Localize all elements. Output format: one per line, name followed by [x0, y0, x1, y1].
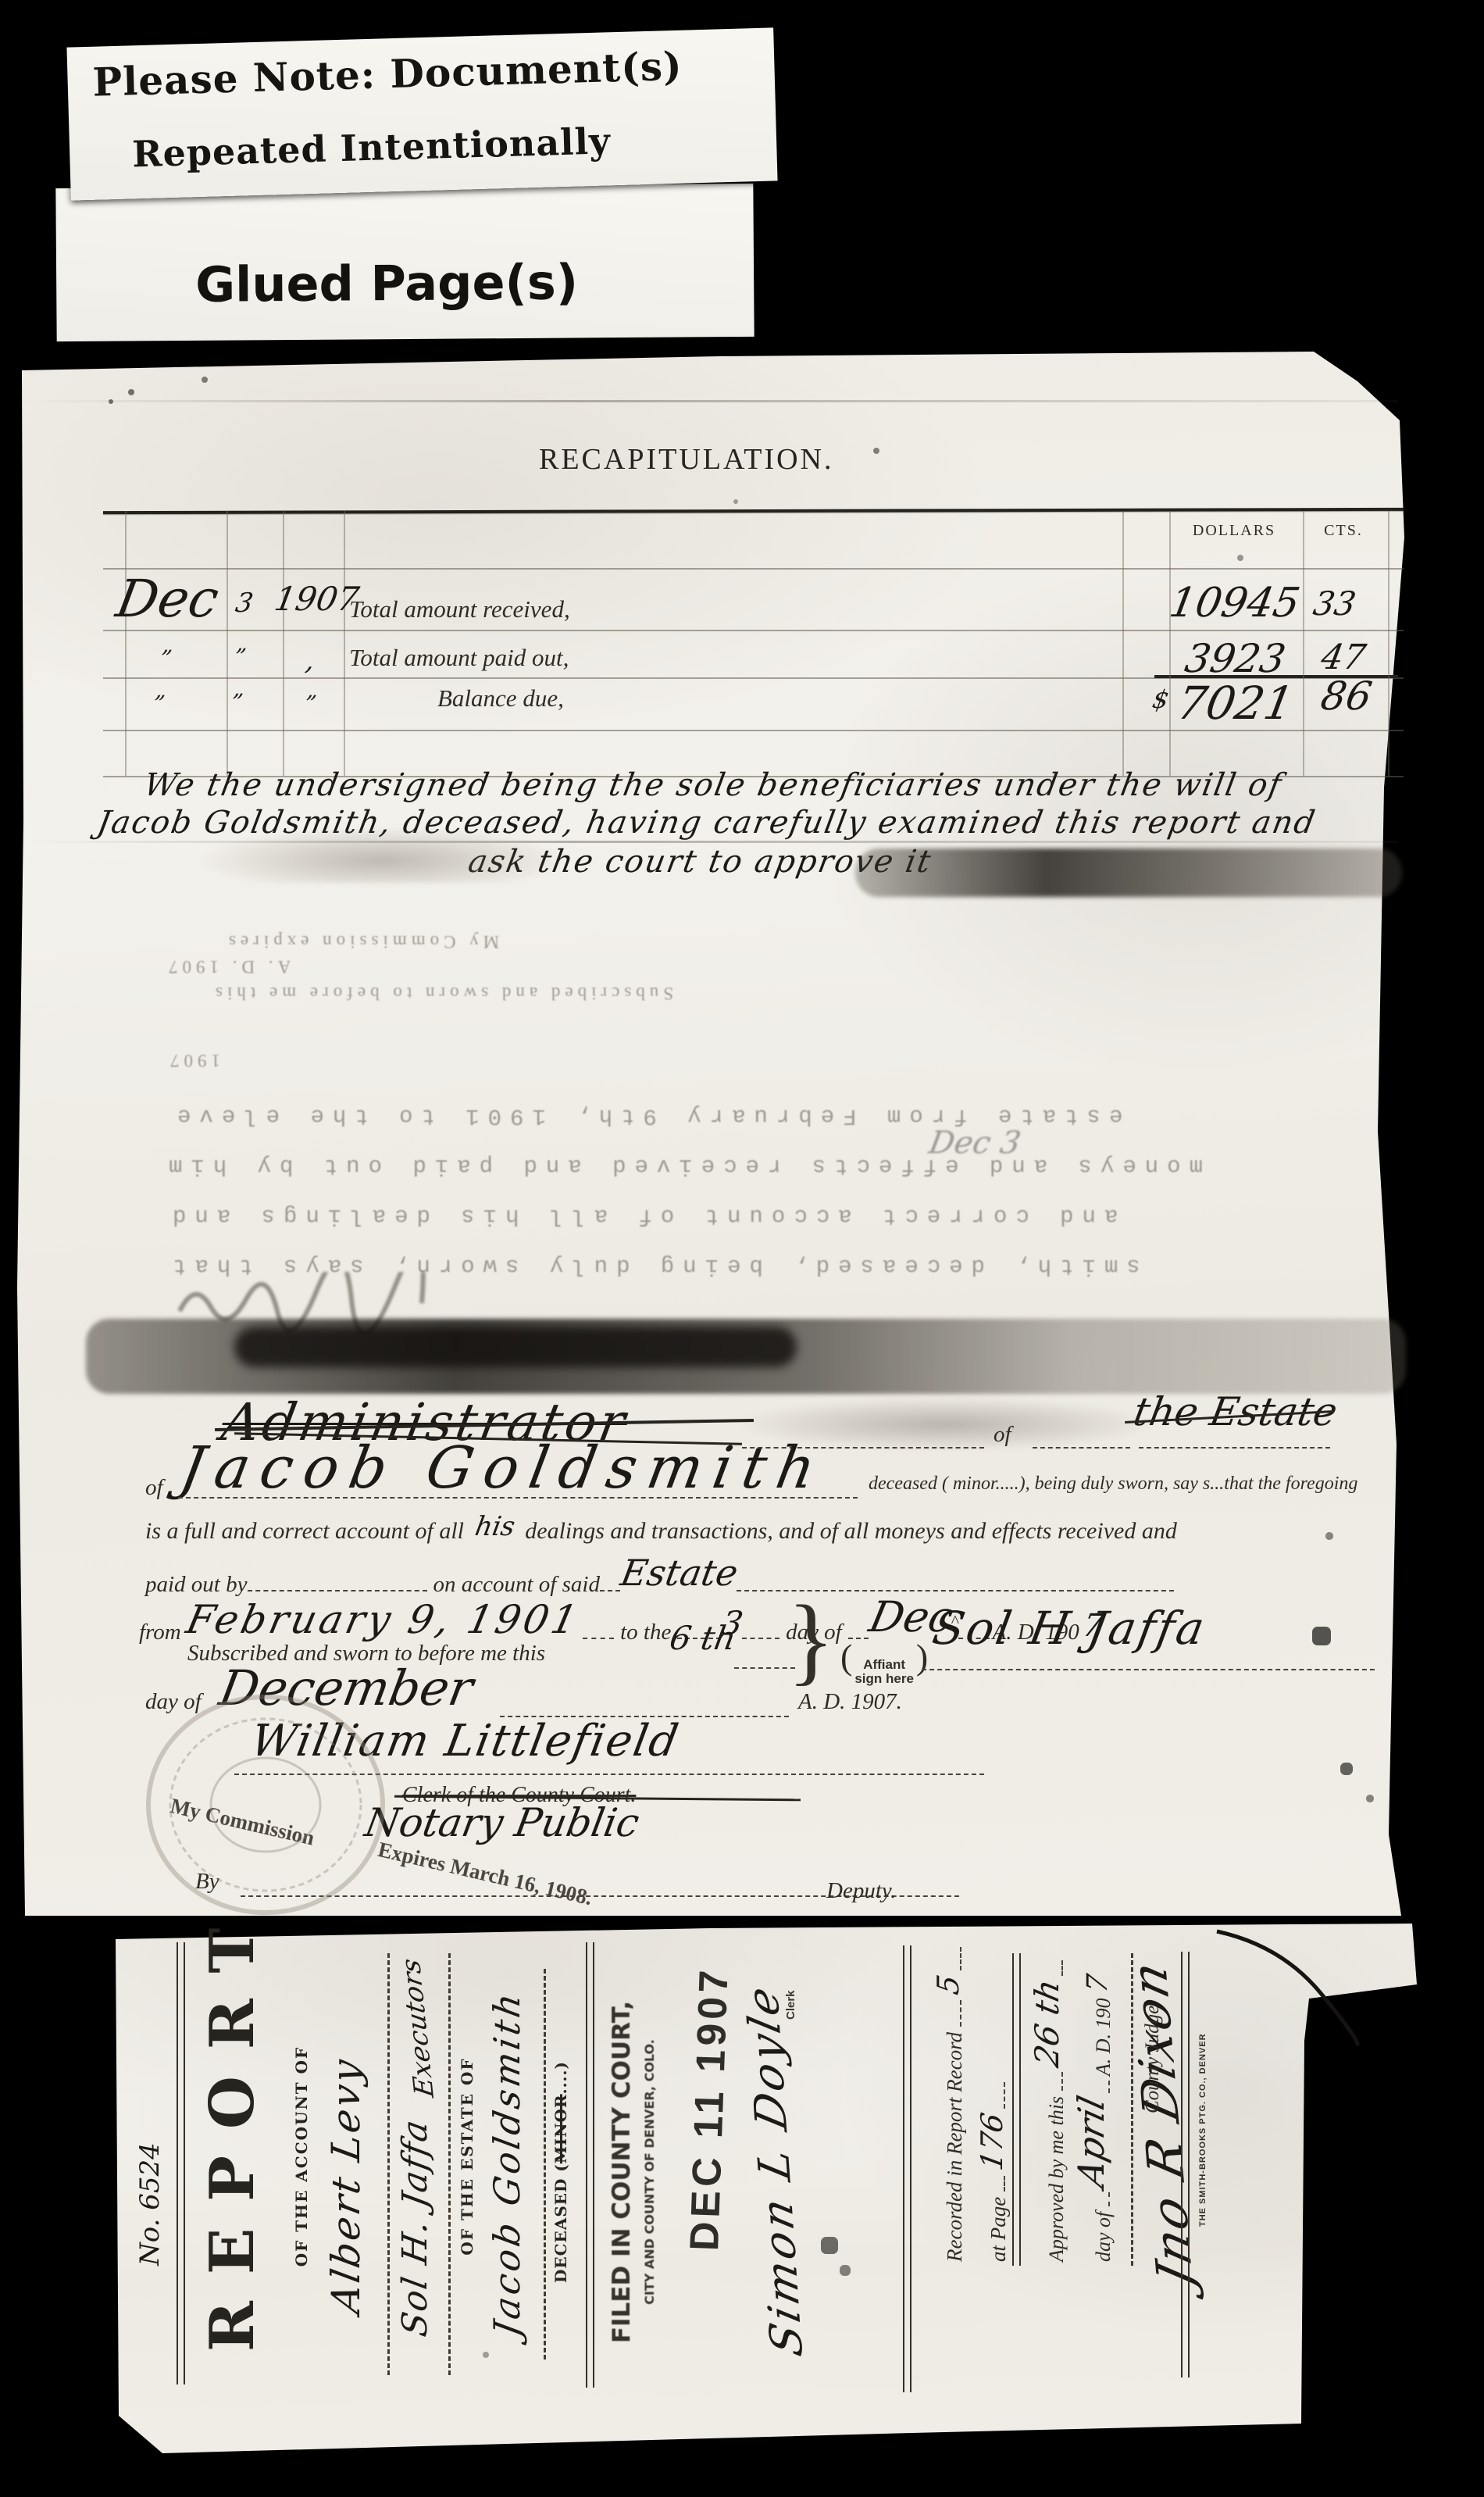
form-dotted-line: [178, 1497, 858, 1499]
form-dotted-line: [1033, 1447, 1130, 1449]
minor-struck: MINOR: [551, 2094, 570, 2163]
case-number: No. 6524: [134, 2086, 166, 2266]
amount-cents: 47: [1318, 638, 1369, 677]
rule-double: [1181, 1952, 1190, 2377]
filed-stamp-line2: CITY AND COUNTY OF DENVER, COLO.: [642, 2000, 657, 2344]
form-dotted-line: [734, 1667, 795, 1669]
report-title: REPORT: [197, 2008, 283, 2352]
executors-word: Executors: [395, 1957, 441, 2099]
ink-smear-band: [855, 848, 1402, 897]
approved-month: April: [1070, 2092, 1112, 2192]
approved-day: 26 th: [1028, 1976, 1066, 2070]
deceased-minor-line: DECEASED (MINOR....): [551, 2031, 570, 2313]
at-page-line: at Page 176: [978, 2059, 1012, 2262]
filed-date-stamp: DEC 11 1907: [681, 2016, 736, 2252]
account-line-pre: is a full and correct account of all: [145, 1518, 464, 1545]
table-row-label: Total amount paid out,: [349, 644, 569, 672]
account-line-post: dealings and transactions, and of all mo…: [525, 1518, 1177, 1545]
notice-line2: Repeated Intentionally: [132, 120, 612, 175]
table-vline: [283, 511, 284, 776]
deputy-label: Deputy.: [826, 1878, 896, 1904]
form-dotted-line: [600, 1573, 620, 1591]
from-label: from: [139, 1620, 181, 1645]
form-dotted-line: [922, 1669, 1375, 1670]
ghost-line: A. D. 1907: [164, 956, 291, 977]
ad-1907-label: A. D. 1907.: [798, 1689, 902, 1715]
paren-open: (: [840, 1636, 852, 1677]
decedent-name-hand: Jacob Goldsmith: [175, 1434, 831, 1502]
ad-label-back: A. D. 190: [1092, 1998, 1115, 2076]
rule-dashed: [387, 1953, 390, 2375]
recap-title: RECAPITULATION.: [539, 442, 833, 477]
rule-double: [177, 1942, 185, 2384]
rule-double: [586, 1942, 594, 2388]
notary-seal: [117, 1688, 414, 1922]
notice-line1: Please Note: Document(s): [92, 43, 683, 105]
amount-cents: 86: [1318, 673, 1375, 719]
form-dotted-line: [248, 1573, 427, 1591]
record-number: 5: [931, 1973, 965, 1998]
attestation-line1: We the undersigned being the sole benefi…: [141, 767, 1286, 803]
page-number: 176: [975, 2110, 1009, 2173]
table-rule: [103, 630, 1404, 631]
deceased-pre: DECEASED (: [551, 2163, 570, 2283]
ghost-line: and correct account of all his dealings …: [164, 1203, 1118, 1229]
table-cell-month: Dec: [112, 569, 223, 629]
ghost-line: Subscribed and sworn to before me this: [211, 983, 673, 1003]
form-dotted-line: [1139, 1447, 1330, 1449]
table-vline: [1388, 511, 1389, 776]
gray-wash-smudge: [195, 827, 570, 883]
his-hand: his: [473, 1511, 517, 1542]
executor1-text: Albert Levy: [323, 2054, 369, 2317]
approved-dayof-line: day of April A. D. 190 7: [1076, 1926, 1118, 2262]
form-dotted-line: [583, 1620, 614, 1639]
affiant-signature: Sol H Jaffa: [929, 1602, 1211, 1655]
amount-dollars: 7021: [1173, 677, 1298, 730]
ad-digit-hand: 7: [1082, 1972, 1114, 1995]
deceased-sworn-line: deceased ( minor.....), being duly sworn…: [869, 1474, 1357, 1495]
scanned-document-page: Glued Page(s) Please Note: Document(s) R…: [0, 0, 1484, 2497]
form-dotted-line: [944, 2000, 961, 2027]
estate2-hand: Estate: [618, 1552, 741, 1594]
filed-stamp-line1: FILED IN COUNTY COURT,: [608, 1992, 636, 2352]
estate-of-label: OF THE ESTATE OF: [458, 2024, 476, 2289]
clerk-label: Clerk: [784, 1965, 797, 2020]
table-vline: [227, 511, 228, 776]
ghost-dec-mark: Dec 3: [926, 1125, 1023, 1161]
table-vline: [125, 511, 127, 776]
amount-dollars: 10945: [1166, 580, 1304, 627]
table-row-label: Total amount received,: [349, 595, 570, 623]
executor1-name: Albert Levy: [323, 1977, 369, 2313]
table-vline: [1122, 511, 1124, 776]
form-dotted-line: [1093, 2081, 1111, 2093]
amount-dollars: 3923: [1182, 636, 1289, 681]
rule-dashed: [544, 1969, 546, 2359]
repeated-notice-label: Please Note: Document(s) Repeated Intent…: [66, 27, 777, 200]
executor2-name: Sol H. Jaffa Executors: [395, 1945, 435, 2336]
affiant-sign-here: ( Affiant sign here ): [840, 1636, 928, 1686]
approved-label: Approved by me this: [1045, 2096, 1068, 2262]
paid-out-line: paid out by on account of said Estate: [145, 1558, 1174, 1600]
table-vline: [1169, 511, 1171, 776]
rule-double: [1012, 1953, 1021, 2266]
from-date-hand: February 9, 1901: [182, 1597, 584, 1642]
recorded-line: Recorded in Report Record 5: [934, 1934, 969, 2262]
fold-crease: [23, 400, 1398, 402]
ghost-line: moneys and effects received and paid out…: [160, 1153, 1203, 1179]
table-cell-year: 1907: [272, 580, 362, 618]
of-label: of: [145, 1475, 163, 1501]
table-vline: [344, 511, 345, 776]
paid-out-by: paid out by: [145, 1572, 248, 1598]
col-header-dollars: DOLLARS: [1172, 522, 1297, 540]
decedent-text: Jacob Goldsmith: [486, 1987, 528, 2340]
sworn-day-hand: 6 th: [667, 1619, 740, 1657]
form-dotted-line: [1047, 2072, 1064, 2091]
on-account-of: on account of said: [433, 1572, 600, 1598]
ghost-line: 1907: [166, 1050, 220, 1070]
glued-page-label: Glued Page(s): [55, 184, 754, 341]
to-the-label: to the: [620, 1620, 671, 1645]
of-label: of: [993, 1422, 1011, 1448]
day-of-label-back: day of: [1092, 2212, 1115, 2262]
glued-sheet-seam: [23, 841, 1398, 843]
form-dotted-line: [742, 1620, 779, 1639]
rule-dashed: [448, 1953, 451, 2375]
table-vline: [1303, 511, 1304, 776]
form-dotted-line: [1093, 2192, 1111, 2206]
judge-label: County Judge: [1142, 1942, 1164, 2113]
ghost-line: My Commission expires: [224, 931, 499, 952]
form-dotted-line: [1047, 1960, 1064, 1976]
ink-specks: [0, 0, 3, 3]
recorded-label: Recorded in Report Record: [943, 2032, 966, 2262]
account-of-label: OF THE ACCOUNT OF: [292, 2024, 311, 2289]
rule-double: [903, 1945, 911, 2392]
clerk-signature-strip: Simon L Doyle: [750, 1984, 801, 2352]
glued-page-text: Glued Page(s): [195, 253, 578, 313]
form-dotted-line: [988, 2082, 1005, 2109]
table-rule: [103, 568, 1404, 570]
amount-cents: 33: [1311, 584, 1359, 623]
table-row-label: Balance due,: [437, 684, 564, 713]
executor2-text: Sol H. Jaffa: [395, 2116, 435, 2340]
col-header-cts: CTS.: [1304, 522, 1382, 540]
page-label: at Page: [986, 2197, 1010, 2262]
account-line: is a full and correct account of all his…: [145, 1514, 1177, 1545]
paren-close: ): [916, 1636, 928, 1677]
sign-here-word: sign here: [854, 1672, 914, 1686]
form-dotted-line: [944, 1947, 961, 1970]
pen-flourish: [1195, 1922, 1367, 2055]
table-rule: [103, 730, 1404, 731]
approved-line: Approved by me this 26 th: [1033, 1934, 1071, 2262]
form-dotted-line: [988, 2176, 1005, 2192]
affiant-word: Affiant: [863, 1658, 905, 1672]
decedent-name-back: Jacob Goldsmith: [486, 1961, 528, 2336]
deceased-post: ....): [551, 2061, 570, 2094]
brace-glyph: }: [787, 1584, 834, 1697]
ink-smear-core: [234, 1327, 797, 1367]
